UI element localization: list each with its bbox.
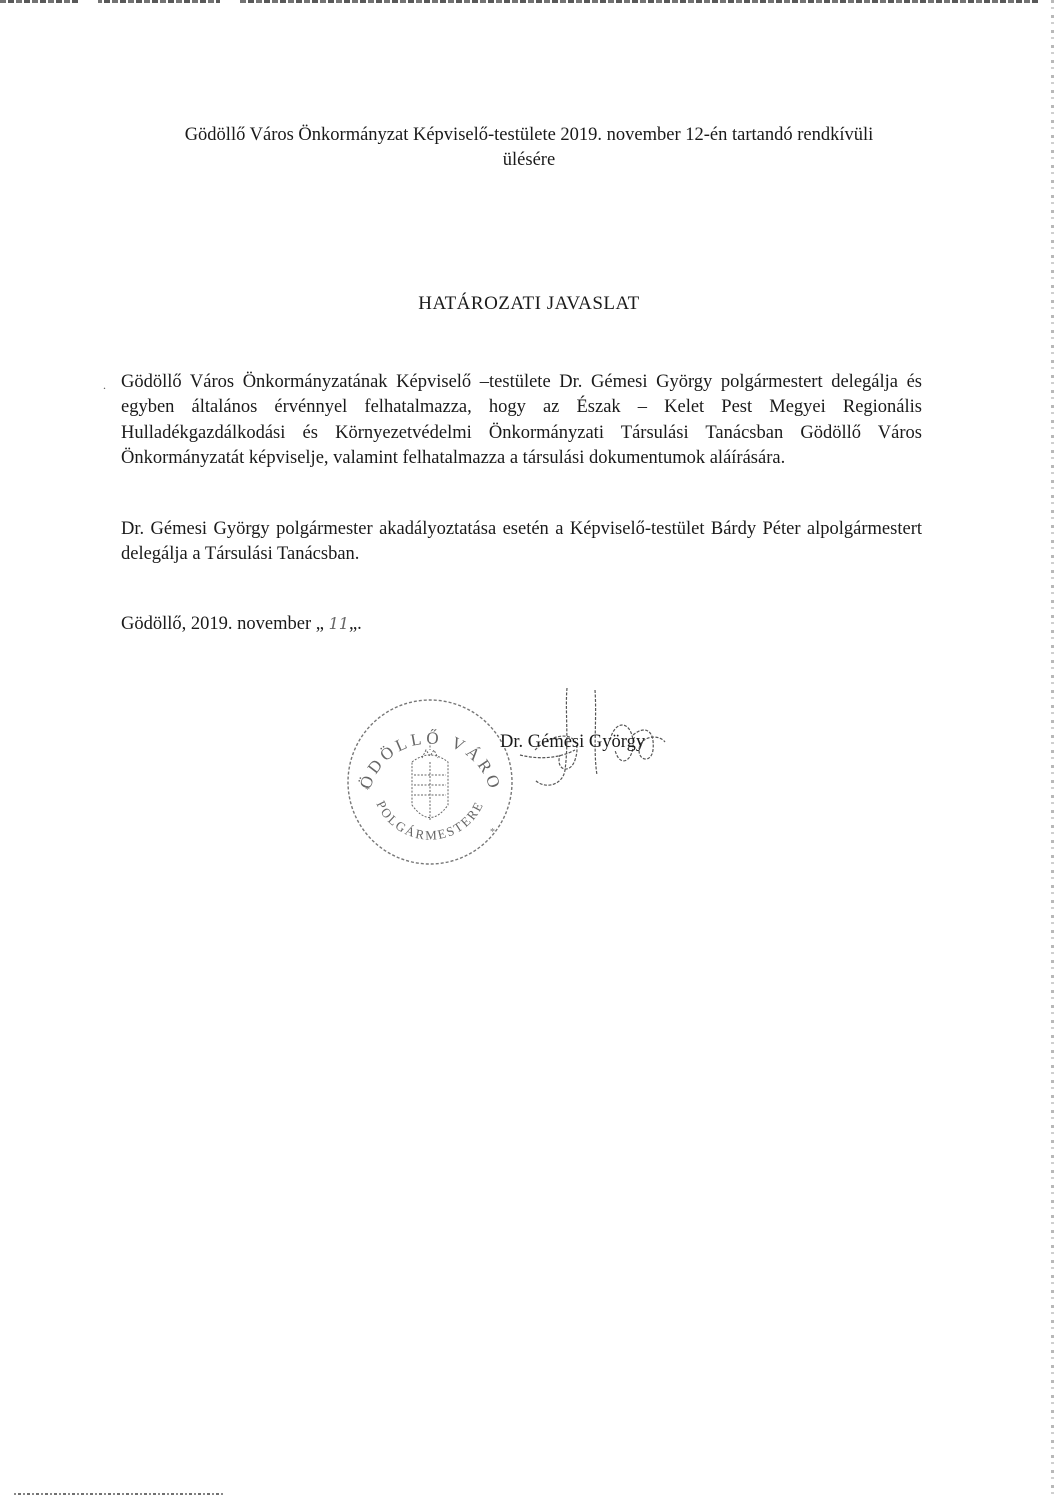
svg-text:*: * [490,827,495,838]
date-line: Gödöllő, 2019. november „ 11„. [121,614,362,635]
scan-artifact-top [0,0,1040,3]
resolution-paragraph-2: Dr. Gémesi György polgármester akadályoz… [121,517,922,568]
svg-text:*: * [365,785,370,796]
resolution-paragraph-1: Gödöllő Város Önkormányzatának Képviselő… [121,370,922,471]
official-stamp: GÖDÖLLŐ VÁROS POLGÁRMESTERE * * [340,690,520,870]
date-prefix: Gödöllő, 2019. november „ [121,614,324,634]
scan-artifact-bottom [14,1493,224,1495]
document-header-line-2: ülésére [100,147,958,173]
stamp-top-text: GÖDÖLLŐ VÁROS [340,690,505,794]
coat-of-arms-icon [412,742,448,820]
date-suffix: „. [349,614,362,634]
scan-artifact-gap [78,0,98,4]
date-day-handwritten: 11 [329,614,349,633]
document-page: Gödöllő Város Önkormányzat Képviselő-tes… [0,0,1058,1497]
scan-speck: . [103,378,106,393]
document-title: HATÁROZATI JAVASLAT [0,293,1058,315]
signer-name: Dr. Gémesi György [500,732,645,753]
scan-artifact-gap [220,0,240,4]
svg-text:GÖDÖLLŐ VÁROS: GÖDÖLLŐ VÁROS [340,690,505,794]
scan-artifact-right [1051,0,1054,1497]
document-header-line-1: Gödöllő Város Önkormányzat Képviselő-tes… [100,122,958,148]
